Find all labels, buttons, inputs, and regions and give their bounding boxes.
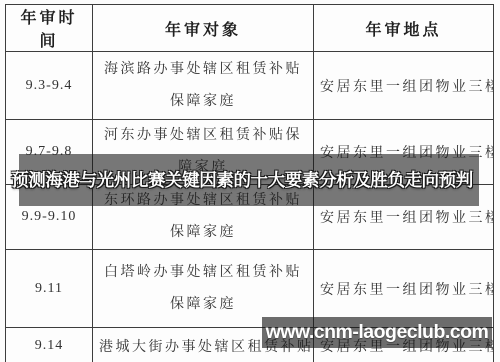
table-row: 9.11 白塔岭办事处辖区租赁补贴保障家庭 安居东里一组团物业三楼	[6, 250, 494, 328]
cell-target: 白塔岭办事处辖区租赁补贴保障家庭	[93, 250, 314, 328]
cell-location: 安居东里一组团物业三楼	[314, 250, 494, 328]
cell-time: 9.3-9.4	[6, 52, 93, 120]
cell-target: 海滨路办事处辖区租赁补贴保障家庭	[93, 52, 314, 120]
headline-overlay-text: 预测海港与光州比赛关键因素的十大要素分析及胜负走向预判	[3, 154, 481, 206]
watermark: www.cnm-laogeclub.com	[262, 317, 492, 348]
header-review-location: 年审地点	[314, 5, 494, 52]
header-review-time: 年审时间	[6, 5, 93, 52]
table-row: 9.3-9.4 海滨路办事处辖区租赁补贴保障家庭 安居东里一组团物业三楼	[6, 52, 494, 120]
cell-time: 9.11	[6, 250, 93, 328]
table-header-row: 年审时间 年审对象 年审地点	[6, 5, 494, 52]
header-review-target: 年审对象	[93, 5, 314, 52]
cell-location: 安居东里一组团物业三楼	[314, 52, 494, 120]
cell-time: 9.14	[6, 328, 93, 362]
